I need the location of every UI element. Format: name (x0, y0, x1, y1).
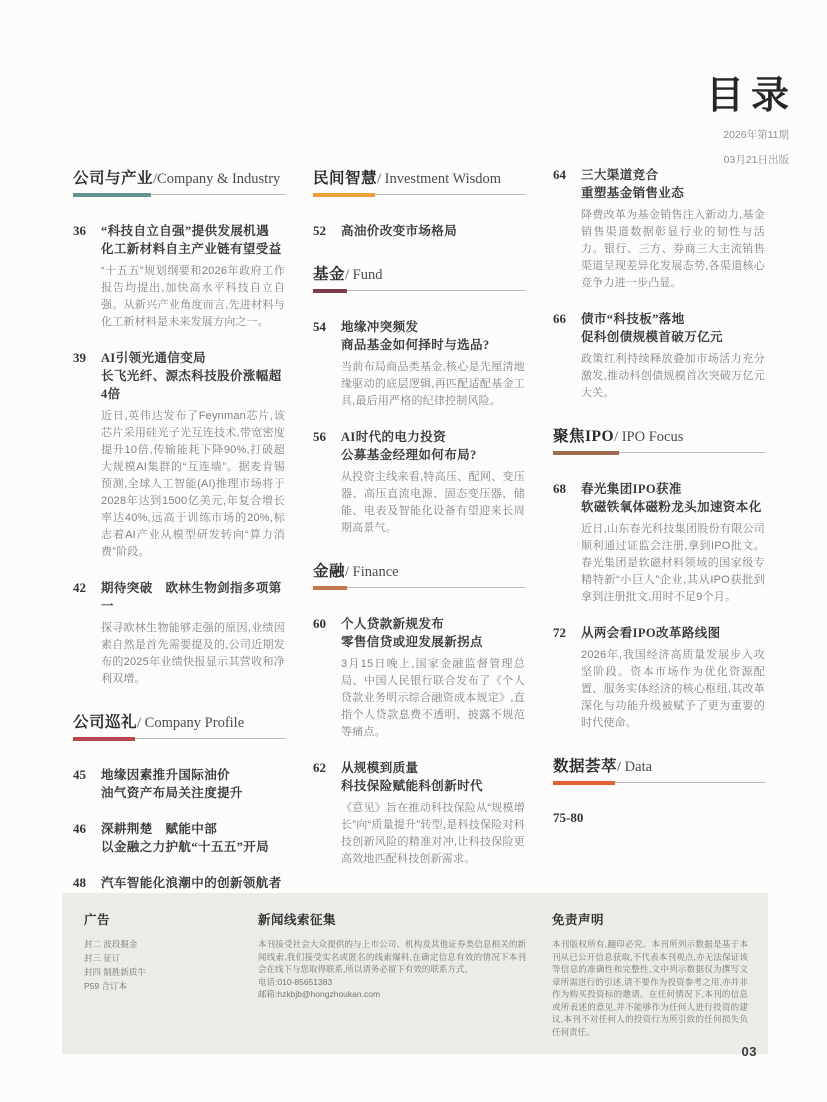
section-title-zh: 公司巡礼 (73, 714, 137, 731)
section-header-ipo-focus: 聚焦IPO/ IPO Focus (553, 424, 765, 456)
entry-title: 地缘冲突频发 (341, 318, 525, 336)
section-header-investment-wisdom: 民间智慧/ Investment Wisdom (313, 166, 525, 198)
entry-summary: 从投资主线来看,特高压、配网、变压器、高压直流电源、固态变压器、储能、电表及智能… (341, 469, 525, 537)
entry-summary: 《意见》旨在推动科技保险从“规模增长”向“质量提升”转型,是科技保险对科技创新风… (341, 800, 525, 868)
entry-page-number: 36 (73, 222, 101, 331)
entry-body: 地缘因素推升国际油价 油气资产布局关注度提升 (101, 766, 285, 802)
footer-ad-item: P59 合订本 (84, 980, 232, 992)
entry-title: AI引领光通信变局 (101, 349, 285, 367)
toc-entry-36: 36 “科技自立自强”提供发展机遇 化工新材料自主产业链有望受益 “十五五”规划… (73, 222, 285, 331)
entry-subtitle: 以金融之力护航“十五五”开局 (101, 838, 285, 856)
entry-page-number: 72 (553, 624, 581, 732)
section-title-zh: 聚焦IPO (553, 428, 614, 445)
entry-page-number: 56 (313, 428, 341, 537)
entry-subtitle: 零售信贷或迎发展新拐点 (341, 633, 525, 651)
section-title-en: /Company & Industry (153, 171, 280, 187)
entry-body: 高油价改变市场格局 (341, 222, 525, 240)
section-title-zh: 基金 (313, 266, 345, 283)
section-title-en: / Data (617, 759, 652, 775)
toc-entry-46: 46 深耕荆楚 赋能中部 以金融之力护航“十五五”开局 (73, 820, 285, 856)
entry-page-number: 45 (73, 766, 101, 802)
page-title: 目录 (706, 64, 796, 119)
entry-title: AI时代的电力投资 (341, 428, 525, 446)
entry-subtitle: 商品基金如何择时与选品? (341, 336, 525, 354)
section-rule (553, 782, 765, 786)
toc-entry-52: 52 高油价改变市场格局 (313, 222, 525, 240)
toc-entry-68: 68 春光集团IPO获准 软磁铁氧体磁粉龙头加速资本化 近日,山东春光科技集团股… (553, 480, 765, 606)
footer-ad-item: 封四 制胜新质牛 (84, 966, 232, 978)
entry-subtitle: 促科创债规模首破万亿元 (581, 328, 765, 346)
entry-page-number: 62 (313, 759, 341, 868)
section-title-zh: 金融 (313, 563, 345, 580)
entry-body: 期待突破 欧林生物剑指多项第一 探寻欧林生物能够走强的原因,业绩因素自然是首先需… (101, 579, 285, 688)
entry-subtitle: 科技保险赋能科创新时代 (341, 777, 525, 795)
entry-body: 春光集团IPO获准 软磁铁氧体磁粉龙头加速资本化 近日,山东春光科技集团股份有限… (581, 480, 765, 606)
toc-entry-72: 72 从两会看IPO改革路线图 2026年,我国经济高质量发展步入攻坚阶段。资本… (553, 624, 765, 732)
entry-summary: 当前布局商品类基金,核心是先厘清地缘驱动的底层逻辑,再匹配适配基金工具,最后用严… (341, 359, 525, 410)
entry-subtitle: 重塑基金销售业态 (581, 184, 765, 202)
section-title-en: / Investment Wisdom (377, 171, 501, 187)
toc-column-2: 民间智慧/ Investment Wisdom 52 高油价改变市场格局 基金/… (313, 166, 525, 982)
entry-page-number: 54 (313, 318, 341, 410)
entry-page-number: 39 (73, 349, 101, 561)
entry-title: 深耕荆楚 赋能中部 (101, 820, 285, 838)
section-rule-accent (313, 586, 347, 590)
entry-subtitle: 油气资产布局关注度提升 (101, 784, 285, 802)
entry-summary: 降费改革为基金销售注入新动力,基金销售渠道数据彰显行业的韧性与活力。银行、三方、… (581, 207, 765, 292)
section-rule (73, 738, 285, 742)
section-header-fund: 基金/ Fund (313, 262, 525, 294)
toc-entry-39: 39 AI引领光通信变局 长飞光纤、源杰科技股价涨幅超4倍 近日,英伟达发布了F… (73, 349, 285, 561)
entry-page-number: 52 (313, 222, 341, 240)
toc-entry-66: 66 债市“科技板”落地 促科创债规模首破万亿元 政策红利持续释放叠加市场活力充… (553, 310, 765, 402)
toc-entry-56: 56 AI时代的电力投资 公募基金经理如何布局? 从投资主线来看,特高压、配网、… (313, 428, 525, 537)
entry-body: “科技自立自强”提供发展机遇 化工新材料自主产业链有望受益 “十五五”规划纲要和… (101, 222, 285, 331)
toc-page: 目录 2026年第11期 03月21日出版 公司与产业/Company & In… (0, 0, 827, 1102)
entry-page-number: 46 (73, 820, 101, 856)
entry-title: 从规模到质量 (341, 759, 525, 777)
entry-summary: 2026年,我国经济高质量发展步入攻坚阶段。资本市场作为优化资源配置、服务实体经… (581, 647, 765, 732)
section-rule (313, 290, 525, 294)
section-title: 聚焦IPO/ IPO Focus (553, 424, 765, 446)
entry-body: 三大渠道竞合 重塑基金销售业态 降费改革为基金销售注入新动力,基金销售渠道数据彰… (581, 166, 765, 292)
footer-disclaimer-heading: 免责声明 (552, 910, 748, 928)
section-rule-accent (553, 451, 619, 455)
entry-summary: 近日,山东春光科技集团股份有限公司顺利通过证监会注册,拿到IPO批文。春光集团是… (581, 521, 765, 606)
section-rule-accent (73, 193, 151, 197)
section-header-data: 数据荟萃/ Data (553, 754, 765, 786)
entry-title: 地缘因素推升国际油价 (101, 766, 285, 784)
toc-entry-62: 62 从规模到质量 科技保险赋能科创新时代 《意见》旨在推动科技保险从“规模增长… (313, 759, 525, 868)
toc-entry-54: 54 地缘冲突频发 商品基金如何择时与选品? 当前布局商品类基金,核心是先厘清地… (313, 318, 525, 410)
section-title-zh: 民间智慧 (313, 170, 377, 187)
entry-subtitle: 长飞光纤、源杰科技股价涨幅超4倍 (101, 367, 285, 403)
section-title: 公司巡礼/ Company Profile (73, 710, 285, 732)
entry-title: 个人贷款新规发布 (341, 615, 525, 633)
toc-entry-64: 64 三大渠道竞合 重塑基金销售业态 降费改革为基金销售注入新动力,基金销售渠道… (553, 166, 765, 292)
section-header-company-industry: 公司与产业/Company & Industry (73, 166, 285, 198)
entry-summary: 3月15日晚上,国家金融监督管理总局、中国人民银行联合发布了《个人贷款业务明示综… (341, 656, 525, 741)
section-rule (313, 587, 525, 591)
section-title-en: / Company Profile (137, 715, 244, 731)
section-title: 金融/ Finance (313, 559, 525, 581)
footer-ads: 广告 封二 波段掘金 封三 征订 封四 制胜新质牛 P59 合订本 (84, 910, 232, 1038)
entry-page-number: 64 (553, 166, 581, 292)
entry-subtitle: 化工新材料自主产业链有望受益 (101, 240, 285, 258)
issue-number: 2026年第11期 (706, 127, 789, 144)
entry-title: 三大渠道竞合 (581, 166, 765, 184)
footer-tips-heading: 新闻线索征集 (258, 910, 526, 928)
entry-summary: 政策红利持续释放叠加市场活力充分激发,推动科创债规模首次突破万亿元大关。 (581, 351, 765, 402)
footer-disclaimer: 免责声明 本刊版权所有,翻印必究。本刊所列示数据是基于本刊从已公开信息获取,不代… (552, 910, 748, 1038)
entry-page-number: 42 (73, 579, 101, 688)
footer-tips-email: 邮箱:hzkbjb@hongzhoukan.com (258, 988, 526, 1001)
entry-subtitle: 软磁铁氧体磁粉龙头加速资本化 (581, 498, 765, 516)
toc-columns: 公司与产业/Company & Industry 36 “科技自立自强”提供发展… (73, 166, 765, 982)
section-title-zh: 公司与产业 (73, 170, 153, 187)
section-title: 公司与产业/Company & Industry (73, 166, 285, 188)
section-title: 民间智慧/ Investment Wisdom (313, 166, 525, 188)
entry-body: 从两会看IPO改革路线图 2026年,我国经济高质量发展步入攻坚阶段。资本市场作… (581, 624, 765, 732)
entry-title: 高油价改变市场格局 (341, 222, 525, 240)
section-rule (553, 452, 765, 456)
section-title-en: / IPO Focus (614, 429, 683, 445)
entry-summary: “十五五”规划纲要和2026年政府工作报告均提出,加快高水平科技自立自强。从新兴… (101, 263, 285, 331)
section-rule-accent (553, 781, 615, 785)
toc-entry-45: 45 地缘因素推升国际油价 油气资产布局关注度提升 (73, 766, 285, 802)
entry-title: 债市“科技板”落地 (581, 310, 765, 328)
entry-body: 深耕荆楚 赋能中部 以金融之力护航“十五五”开局 (101, 820, 285, 856)
section-rule (313, 194, 525, 198)
footer-tips-phone: 电话:010-85651383 (258, 976, 526, 989)
section-title-en: / Finance (345, 564, 399, 580)
entry-subtitle: 公募基金经理如何布局? (341, 446, 525, 464)
toc-entry-42: 42 期待突破 欧林生物剑指多项第一 探寻欧林生物能够走强的原因,业绩因素自然是… (73, 579, 285, 688)
toc-entry-60: 60 个人贷款新规发布 零售信贷或迎发展新拐点 3月15日晚上,国家金融监督管理… (313, 615, 525, 741)
section-title: 数据荟萃/ Data (553, 754, 765, 776)
entry-body: 个人贷款新规发布 零售信贷或迎发展新拐点 3月15日晚上,国家金融监督管理总局、… (341, 615, 525, 741)
section-title-zh: 数据荟萃 (553, 758, 617, 775)
section-rule (73, 194, 285, 198)
footer-ads-heading: 广告 (84, 910, 232, 928)
entry-page-number: 66 (553, 310, 581, 402)
section-rule-accent (313, 289, 347, 293)
entry-page-number: 68 (553, 480, 581, 606)
footer-disclaimer-body: 本刊版权所有,翻印必究。本刊所列示数据是基于本刊从已公开信息获取,不代表本刊观点… (552, 938, 748, 1038)
section-rule-accent (73, 737, 135, 741)
entry-page-number: 60 (313, 615, 341, 741)
entry-body: 地缘冲突频发 商品基金如何择时与选品? 当前布局商品类基金,核心是先厘清地缘驱动… (341, 318, 525, 410)
entry-body: AI引领光通信变局 长飞光纤、源杰科技股价涨幅超4倍 近日,英伟达发布了Feyn… (101, 349, 285, 561)
entry-title: 期待突破 欧林生物剑指多项第一 (101, 579, 285, 615)
toc-column-1: 公司与产业/Company & Industry 36 “科技自立自强”提供发展… (73, 166, 285, 982)
entry-summary: 探寻欧林生物能够走强的原因,业绩因素自然是首先需要提及的,公司近期发布的2025… (101, 620, 285, 688)
entry-body: 从规模到质量 科技保险赋能科创新时代 《意见》旨在推动科技保险从“规模增长”向“… (341, 759, 525, 868)
entry-body: AI时代的电力投资 公募基金经理如何布局? 从投资主线来看,特高压、配网、变压器… (341, 428, 525, 537)
footer-ad-item: 封三 征订 (84, 952, 232, 964)
folio-page-number: 03 (742, 1044, 757, 1059)
section-title: 基金/ Fund (313, 262, 525, 284)
entry-title: 春光集团IPO获准 (581, 480, 765, 498)
footer-tips-body: 本刊接受社会大众提供的与上市公司、机构及其他证券类信息相关的新闻线索,我们接受实… (258, 938, 526, 976)
entry-title: 从两会看IPO改革路线图 (581, 624, 765, 642)
toc-column-3: 64 三大渠道竞合 重塑基金销售业态 降费改革为基金销售注入新动力,基金销售渠道… (553, 166, 765, 982)
section-title-en: / Fund (345, 267, 382, 283)
section-header-company-profile: 公司巡礼/ Company Profile (73, 710, 285, 742)
data-section-page-range: 75-80 (553, 810, 765, 826)
masthead: 目录 2026年第11期 03月21日出版 (706, 64, 789, 170)
entry-summary: 近日,英伟达发布了Feynman芯片,该芯片采用硅光子光互连技术,带宽密度提升1… (101, 408, 285, 561)
section-rule-accent (313, 193, 375, 197)
entry-title: “科技自立自强”提供发展机遇 (101, 222, 285, 240)
footer-box: 广告 封二 波段掘金 封三 征订 封四 制胜新质牛 P59 合订本 新闻线索征集… (62, 893, 768, 1054)
section-header-finance: 金融/ Finance (313, 559, 525, 591)
entry-title: 汽车智能化浪潮中的创新领航者 (101, 874, 285, 892)
footer-ad-item: 封二 波段掘金 (84, 938, 232, 950)
entry-body: 债市“科技板”落地 促科创债规模首破万亿元 政策红利持续释放叠加市场活力充分激发… (581, 310, 765, 402)
footer-news-tips: 新闻线索征集 本刊接受社会大众提供的与上市公司、机构及其他证券类信息相关的新闻线… (258, 910, 526, 1038)
